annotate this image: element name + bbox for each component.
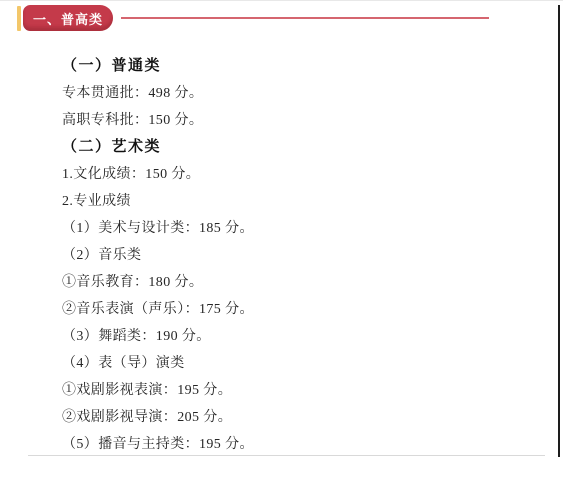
header-rule — [121, 17, 489, 19]
score-line: ①音乐教育：180 分。 — [62, 269, 532, 296]
score-line: （1）美术与设计类：185 分。 — [62, 215, 532, 242]
section-heading: （一）普通类 — [62, 53, 532, 80]
score-line: ①戏剧影视表演：195 分。 — [62, 377, 532, 404]
score-line: ②戏剧影视导演：205 分。 — [62, 404, 532, 431]
bottom-rule — [28, 455, 545, 456]
score-line: 2.专业成绩 — [62, 188, 532, 215]
section-badge-label: 一、普高类 — [33, 9, 103, 28]
accent-bar — [17, 6, 21, 31]
score-line: （5）播音与主持类：195 分。 — [62, 431, 532, 458]
score-line: ②音乐表演（声乐）：175 分。 — [62, 296, 532, 323]
score-line: 专本贯通批：498 分。 — [62, 80, 532, 107]
score-line: （2）音乐类 — [62, 242, 532, 269]
section-badge: 一、普高类 — [23, 5, 113, 31]
section-header: 一、普高类 — [17, 5, 489, 31]
section-heading: （二）艺术类 — [62, 134, 532, 161]
score-list: （一）普通类 专本贯通批：498 分。 高职专科批：150 分。 （二）艺术类 … — [62, 53, 532, 458]
score-line: 1.文化成绩：150 分。 — [62, 161, 532, 188]
score-line: （3）舞蹈类：190 分。 — [62, 323, 532, 350]
score-line: 高职专科批：150 分。 — [62, 107, 532, 134]
score-line: （4）表（导）演类 — [62, 350, 532, 377]
top-border — [0, 0, 563, 1]
right-border — [558, 5, 560, 457]
